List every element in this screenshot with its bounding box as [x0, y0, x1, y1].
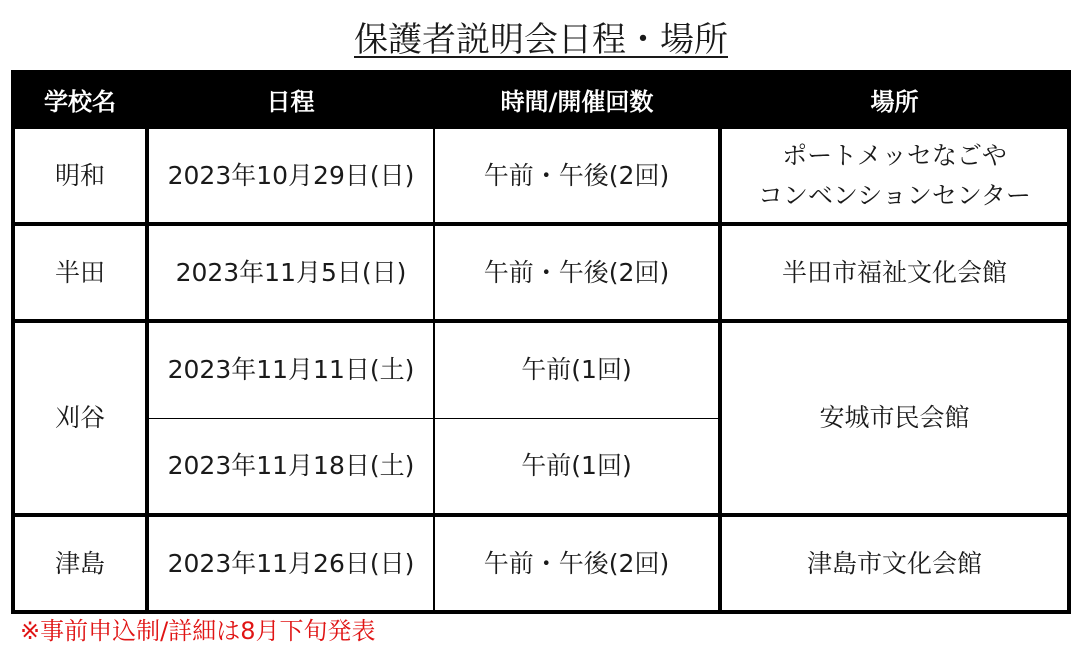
date-cell: 2023年11月5日(日)	[147, 224, 434, 321]
date-cell: 2023年11月26日(日)	[147, 515, 434, 612]
date-cell: 2023年10月29日(日)	[147, 127, 434, 224]
time-cell: 午前・午後(2回)	[434, 127, 720, 224]
table-row: 津島 2023年11月26日(日) 午前・午後(2回) 津島市文化会館	[13, 515, 1069, 612]
page-title-text: 保護者説明会日程・場所	[354, 20, 728, 60]
date-cell: 2023年11月18日(土)	[147, 418, 434, 515]
venue-cell: 安城市民会館	[720, 321, 1069, 515]
school-cell: 半田	[13, 224, 147, 321]
table-row: 明和 2023年10月29日(日) 午前・午後(2回) ポートメッセなごや コン…	[13, 127, 1069, 224]
venue-cell: 半田市福祉文化会館	[720, 224, 1069, 321]
header-time: 時間/開催回数	[434, 72, 720, 127]
time-cell: 午前(1回)	[434, 418, 720, 515]
venue-cell: ポートメッセなごや コンベンションセンター	[720, 127, 1069, 224]
time-cell: 午前・午後(2回)	[434, 515, 720, 612]
table-row: 半田 2023年11月5日(日) 午前・午後(2回) 半田市福祉文化会館	[13, 224, 1069, 321]
schedule-table: 学校名 日程 時間/開催回数 場所 明和 2023年10月29日(日) 午前・午…	[11, 70, 1071, 614]
header-school: 学校名	[13, 72, 147, 127]
venue-line-1: ポートメッセなごや	[722, 136, 1067, 176]
page-title: 保護者説明会日程・場所	[0, 18, 1082, 62]
header-venue: 場所	[720, 72, 1069, 127]
date-cell: 2023年11月11日(土)	[147, 321, 434, 418]
time-cell: 午前(1回)	[434, 321, 720, 418]
footnote: ※事前申込制/詳細は8月下旬発表	[20, 614, 375, 648]
time-cell: 午前・午後(2回)	[434, 224, 720, 321]
header-date: 日程	[147, 72, 434, 127]
table-row: 刈谷 2023年11月11日(土) 午前(1回) 安城市民会館	[13, 321, 1069, 418]
school-cell: 津島	[13, 515, 147, 612]
venue-cell: 津島市文化会館	[720, 515, 1069, 612]
table-header-row: 学校名 日程 時間/開催回数 場所	[13, 72, 1069, 127]
venue-line-2: コンベンションセンター	[722, 176, 1067, 216]
school-cell: 明和	[13, 127, 147, 224]
school-cell: 刈谷	[13, 321, 147, 515]
